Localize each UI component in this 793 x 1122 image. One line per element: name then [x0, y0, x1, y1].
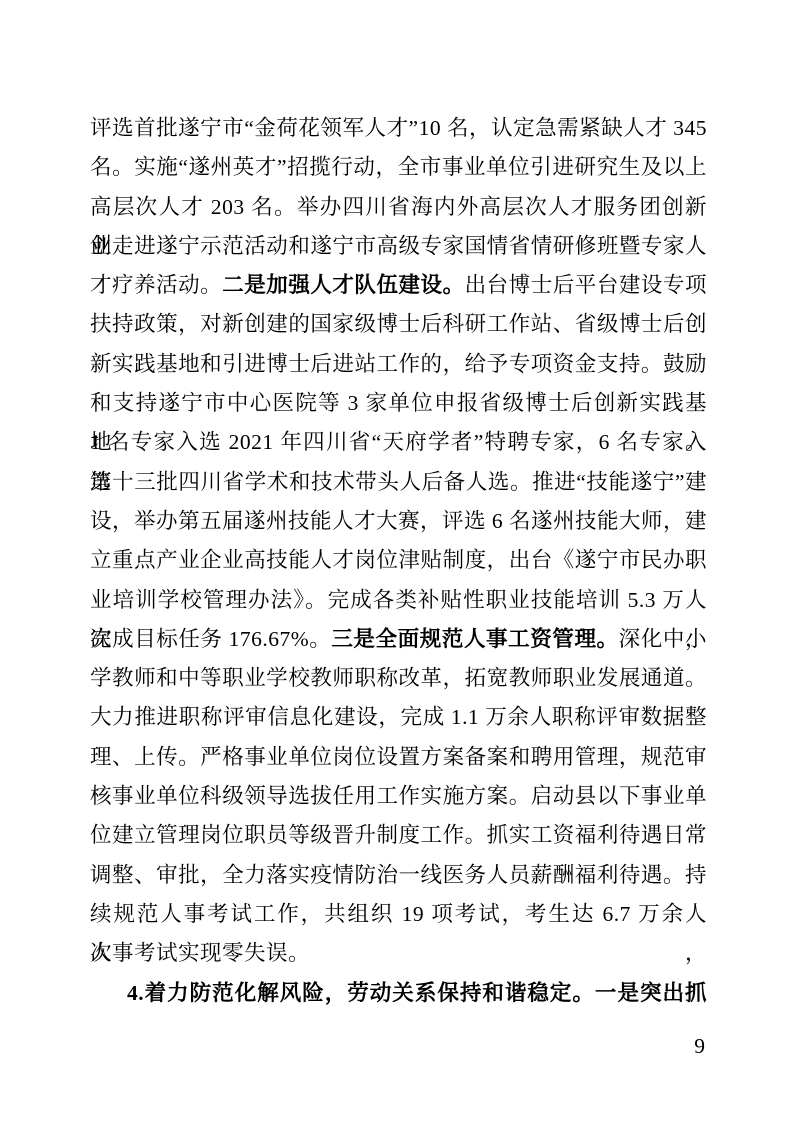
text-line: 业走进遂宁示范活动和遂宁市高级专家国情省情研修班暨专家人 — [90, 227, 707, 266]
text-segment: 大力推进职称评审信息化建设，完成 1.1 万余人职称评审数据整 — [90, 705, 707, 729]
text-line: 立重点产业企业高技能人才岗位津贴制度，出台《遂宁市民办职 — [90, 541, 707, 580]
text-segment: 调整、审批，全力落实疫情防治一线医务人员薪酬福利待遇。持 — [90, 863, 707, 887]
text-segment: 完成目标任务 176.67%。 — [90, 627, 331, 651]
text-line: 扶持政策，对新创建的国家级博士后科研工作站、省级博士后创 — [90, 305, 707, 344]
text-line: 新实践基地和引进博士后进站工作的，给予专项资金支持。鼓励 — [90, 345, 707, 384]
page-number: 9 — [694, 1031, 705, 1061]
text-line: 1 名专家入选 2021 年四川省“天府学者”特聘专家，6 名专家入选 — [90, 423, 707, 462]
text-line: 评选首批遂宁市“金荷花领军人才”10 名，认定急需紧缺人才 345 — [90, 109, 707, 148]
text-line: 名。实施“遂州英才”招揽行动，全市事业单位引进研究生及以上 — [90, 148, 707, 187]
text-segment: 人事考试实现零失误。 — [90, 941, 310, 965]
text-segment: 位建立管理岗位职员等级晋升制度工作。抓实工资福利待遇日常 — [90, 823, 707, 847]
text-segment: 评选首批遂宁市“金荷花领军人才”10 名，认定急需紧缺人才 345 — [90, 116, 707, 140]
text-segment: 才疗养活动。 — [90, 273, 222, 297]
text-segment: 核事业单位科级领导选拔任用工作实施方案。启动县以下事业单 — [90, 784, 707, 808]
text-line: 调整、审批，全力落实疫情防治一线医务人员薪酬福利待遇。持 — [90, 856, 707, 895]
text-segment: 第十三批四川省学术和技术带头人后备人选。推进“技能遂宁”建 — [90, 470, 707, 494]
bold-text-segment: 二是加强人才队伍建设。 — [222, 273, 464, 297]
text-line: 完成目标任务 176.67%。三是全面规范人事工资管理。深化中小 — [90, 620, 707, 659]
text-line: 和支持遂宁市中心医院等 3 家单位申报省级博士后创新实践基地。 — [90, 384, 707, 423]
text-segment: 深化中小 — [619, 627, 707, 651]
text-line: 理、上传。严格事业单位岗位设置方案备案和聘用管理，规范审 — [90, 738, 707, 777]
text-line: 才疗养活动。二是加强人才队伍建设。出台博士后平台建设专项 — [90, 266, 707, 305]
text-line: 核事业单位科级领导选拔任用工作实施方案。启动县以下事业单 — [90, 777, 707, 816]
bold-text-segment: 三是全面规范人事工资管理。 — [331, 627, 618, 651]
bold-text-segment: 4.着力防范化解风险，劳动关系保持和谐稳定。一是突出抓 — [127, 981, 707, 1005]
text-line: 第十三批四川省学术和技术带头人后备人选。推进“技能遂宁”建 — [90, 463, 707, 502]
text-line: 4.着力防范化解风险，劳动关系保持和谐稳定。一是突出抓 — [90, 974, 707, 1013]
text-segment: 学教师和中等职业学校教师职称改革，拓宽教师职业发展通道。 — [90, 666, 707, 690]
text-segment: 业走进遂宁示范活动和遂宁市高级专家国情省情研修班暨专家人 — [90, 234, 707, 258]
text-line: 大力推进职称评审信息化建设，完成 1.1 万余人职称评审数据整 — [90, 698, 707, 737]
document-body: 评选首批遂宁市“金荷花领军人才”10 名，认定急需紧缺人才 345名。实施“遂州… — [90, 109, 707, 1013]
text-line: 位建立管理岗位职员等级晋升制度工作。抓实工资福利待遇日常 — [90, 816, 707, 855]
document-page: 评选首批遂宁市“金荷花领军人才”10 名，认定急需紧缺人才 345名。实施“遂州… — [0, 0, 793, 1122]
text-line: 续规范人事考试工作，共组织 19 项考试，考生达 6.7 万余人次， — [90, 895, 707, 934]
text-line: 学教师和中等职业学校教师职称改革，拓宽教师职业发展通道。 — [90, 659, 707, 698]
text-segment: 新实践基地和引进博士后进站工作的，给予专项资金支持。鼓励 — [90, 352, 707, 376]
text-segment: 理、上传。严格事业单位岗位设置方案备案和聘用管理，规范审 — [90, 745, 707, 769]
text-line: 高层次人才 203 名。举办四川省海内外高层次人才服务团创新创 — [90, 188, 707, 227]
text-segment: 出台博士后平台建设专项 — [465, 273, 707, 297]
text-segment: 立重点产业企业高技能人才岗位津贴制度，出台《遂宁市民办职 — [90, 548, 707, 572]
text-segment: 扶持政策，对新创建的国家级博士后科研工作站、省级博士后创 — [90, 312, 707, 336]
text-segment: 设，举办第五届遂州技能人才大赛，评选 6 名遂州技能大师，建 — [90, 509, 707, 533]
text-line: 设，举办第五届遂州技能人才大赛，评选 6 名遂州技能大师，建 — [90, 502, 707, 541]
text-line: 业培训学校管理办法》。完成各类补贴性职业技能培训 5.3 万人次， — [90, 581, 707, 620]
text-segment: 名。实施“遂州英才”招揽行动，全市事业单位引进研究生及以上 — [90, 155, 707, 179]
